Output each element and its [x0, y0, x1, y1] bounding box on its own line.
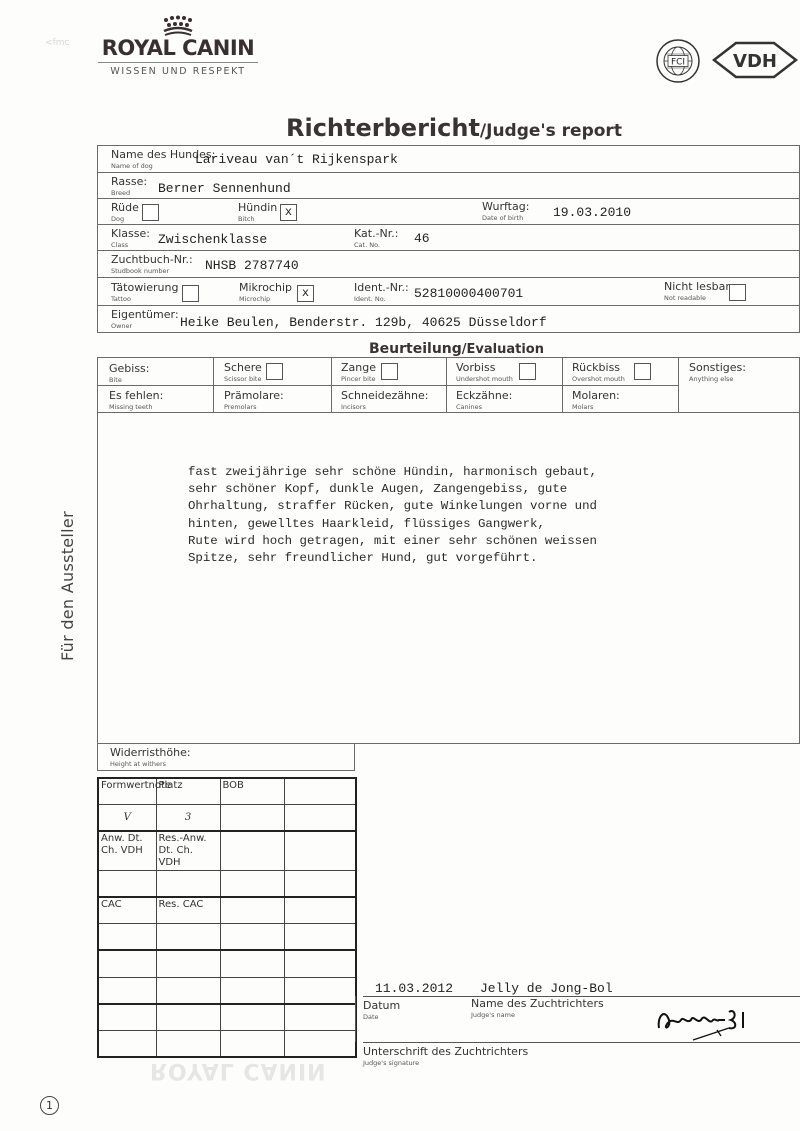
awards-cell[interactable] [284, 977, 356, 1004]
pincer-checkbox[interactable] [381, 363, 398, 380]
withers-height-field[interactable]: Widerristhöhe:Height at withers [97, 744, 355, 771]
awards-cell[interactable] [156, 1030, 220, 1057]
awards-cell[interactable]: Anw. Dt. Ch. VDH [98, 831, 156, 871]
undershot-cell: VorbissUndershot mouth [447, 358, 563, 386]
awards-cell[interactable] [220, 1004, 284, 1031]
faint-show-through-logo: ROYAL CANIN [150, 1058, 327, 1083]
dog-label: RüdeDog [111, 202, 139, 223]
awards-cell[interactable] [98, 924, 156, 951]
class-value[interactable]: Zwischenklasse [158, 232, 267, 247]
awards-row [98, 924, 356, 951]
awards-cell[interactable] [220, 897, 284, 924]
dog-checkbox[interactable] [142, 204, 159, 221]
awards-cell[interactable]: 3 [156, 805, 220, 832]
tattoo-checkbox[interactable] [182, 285, 199, 302]
birth-label: Wurftag:Date of birth [482, 201, 529, 222]
awards-cell[interactable] [98, 871, 156, 898]
bite-cell: Gebiss:Bite [98, 358, 214, 386]
awards-row [98, 871, 356, 898]
overshot-cell: RückbissOvershot mouth [563, 358, 679, 386]
judge-name-label: Name des ZuchtrichtersJudge's name [471, 998, 604, 1019]
overshot-checkbox[interactable] [634, 363, 651, 380]
awards-cell[interactable]: Platz [156, 778, 220, 805]
awards-cell[interactable] [220, 977, 284, 1004]
bitch-checkbox[interactable]: x [280, 204, 297, 221]
fci-logo: FCI [655, 38, 701, 84]
ident-label: Ident.-Nr.:Ident. No. [354, 282, 409, 303]
row-class: Klasse:Class Zwischenklasse Kat.-Nr.:Cat… [98, 225, 799, 251]
awards-cell[interactable] [284, 871, 356, 898]
awards-cell[interactable] [156, 977, 220, 1004]
not-readable-label: Nicht lesbarNot readable [664, 281, 730, 302]
dog-name-value[interactable]: Lariveau van´t Rijkenspark [195, 152, 398, 167]
awards-cell[interactable] [284, 805, 356, 832]
brand-tagline: WISSEN UND RESPEKT [98, 66, 258, 77]
awards-cell[interactable]: BOB [220, 778, 284, 805]
awards-row [98, 1030, 356, 1057]
awards-row [98, 1004, 356, 1031]
awards-cell[interactable] [220, 924, 284, 951]
awards-cell[interactable] [156, 871, 220, 898]
pincer-cell: ZangePincer bite [332, 358, 447, 386]
evaluation-grid: Gebiss:Bite SchereScissor bite ZangePinc… [97, 357, 800, 413]
awards-cell[interactable]: Res. CAC [156, 897, 220, 924]
awards-cell[interactable] [284, 778, 356, 805]
awards-cell[interactable] [220, 871, 284, 898]
awards-cell[interactable] [156, 924, 220, 951]
signature-label: Unterschrift des ZuchtrichtersJudge's si… [363, 1046, 528, 1067]
breed-label: Rasse:Breed [111, 176, 147, 197]
awards-cell[interactable] [98, 1030, 156, 1057]
scissor-cell: SchereScissor bite [214, 358, 332, 386]
awards-cell[interactable] [284, 831, 356, 871]
awards-cell[interactable] [284, 1030, 356, 1057]
studbook-label: Zuchtbuch-Nr.:Studbook number [111, 254, 193, 275]
owner-label: Eigentümer:Owner [111, 309, 179, 330]
owner-value[interactable]: Heike Beulen, Benderstr. 129b, 40625 Düs… [180, 315, 547, 330]
brand-name: ROYAL CANIN [98, 37, 258, 59]
awards-cell[interactable] [156, 950, 220, 977]
row-breed: Rasse:Breed Berner Sennenhund [98, 173, 799, 199]
awards-cell[interactable] [220, 1030, 284, 1057]
dog-info-section: Name des Hundes:Name of dog Lariveau van… [97, 145, 800, 333]
breed-value[interactable]: Berner Sennenhund [158, 181, 291, 196]
awards-cell[interactable]: CAC [98, 897, 156, 924]
judge-report-text[interactable]: fast zweijährige sehr schöne Hündin, har… [188, 464, 597, 567]
other-cell: Sonstiges:Anything else [679, 358, 799, 412]
awards-cell[interactable] [156, 1004, 220, 1031]
awards-cell[interactable] [98, 1004, 156, 1031]
microchip-checkbox[interactable]: x [297, 285, 314, 302]
judging-date-value[interactable]: 11.03.2012 [375, 981, 453, 996]
canines-cell: Eckzähne:Canines [447, 386, 563, 412]
bitch-label: HündinBitch [238, 202, 277, 223]
awards-cell[interactable] [220, 805, 284, 832]
vdh-logo: VDH [712, 40, 798, 80]
row-studbook: Zuchtbuch-Nr.:Studbook number NHSB 27877… [98, 251, 799, 278]
awards-cell[interactable]: Formwertnote [98, 778, 156, 805]
birth-date-value[interactable]: 19.03.2010 [553, 205, 631, 220]
row-owner: Eigentümer:Owner Heike Beulen, Benderstr… [98, 306, 799, 334]
signature-section: 11.03.2012 Jelly de Jong-Bol DatumDate N… [355, 976, 800, 1042]
row-identification: TätowierungTattoo MikrochipMicrochip x I… [98, 278, 799, 306]
awards-cell[interactable] [284, 897, 356, 924]
awards-cell[interactable] [98, 950, 156, 977]
awards-row: FormwertnotePlatzBOB [98, 778, 356, 805]
awards-row: Anw. Dt. Ch. VDHRes.-Anw. Dt. Ch. VDH [98, 831, 356, 871]
royal-canin-logo: ROYAL CANIN WISSEN UND RESPEKT [98, 15, 258, 85]
microchip-label: MikrochipMicrochip [239, 282, 292, 303]
awards-row: V3 [98, 805, 356, 832]
svg-text:VDH: VDH [733, 51, 777, 72]
incisors-cell: Schneidezähne:Incisors [332, 386, 447, 412]
scissor-checkbox[interactable] [266, 363, 283, 380]
awards-row: CACRes. CAC [98, 897, 356, 924]
awards-cell[interactable] [220, 950, 284, 977]
judge-report-area: fast zweijährige sehr schöne Hündin, har… [97, 412, 800, 744]
evaluation-title: Beurteilung/Evaluation [369, 338, 544, 357]
class-label: Klasse:Class [111, 228, 150, 249]
side-label-exhibitor: Für den Aussteller [58, 511, 77, 661]
awards-cell[interactable] [98, 977, 156, 1004]
withers-label: Widerristhöhe:Height at withers [110, 747, 191, 768]
awards-cell[interactable] [284, 924, 356, 951]
row-sex-birth: RüdeDog HündinBitch x Wurftag:Date of bi… [98, 199, 799, 225]
page-number: 1 [40, 1096, 59, 1115]
studbook-value[interactable]: NHSB 2787740 [205, 258, 299, 273]
awards-table: FormwertnotePlatzBOBV3Anw. Dt. Ch. VDHRe… [97, 777, 357, 1058]
premolars-cell: Prämolare:Premolars [214, 386, 332, 412]
awards-cell[interactable]: Res.-Anw. Dt. Ch. VDH [156, 831, 220, 871]
row-dog-name: Name des Hundes:Name of dog Lariveau van… [98, 146, 799, 173]
crown-icon [98, 15, 258, 37]
svg-text:FCI: FCI [671, 58, 685, 68]
ident-value[interactable]: 52810000400701 [414, 286, 523, 301]
catalog-label: Kat.-Nr.:Cat. No. [354, 228, 398, 249]
awards-row [98, 950, 356, 977]
faint-watermark: <fmc [45, 38, 69, 48]
page-title: Richterbericht/Judge's report [286, 114, 622, 142]
molars-cell: Molaren:Molars [563, 386, 679, 412]
judge-signature [653, 998, 763, 1038]
tattoo-label: TätowierungTattoo [111, 282, 179, 303]
judge-name-value[interactable]: Jelly de Jong-Bol [480, 981, 613, 996]
undershot-checkbox[interactable] [519, 363, 536, 380]
not-readable-checkbox[interactable] [729, 284, 746, 301]
missing-teeth-cell: Es fehlen:Missing teeth [98, 386, 214, 412]
catalog-value[interactable]: 46 [414, 231, 430, 246]
awards-cell[interactable] [284, 1004, 356, 1031]
awards-cell[interactable] [284, 950, 356, 977]
date-label: DatumDate [363, 1000, 400, 1021]
awards-row [98, 977, 356, 1004]
awards-cell[interactable]: V [98, 805, 156, 832]
awards-cell[interactable] [220, 831, 284, 871]
